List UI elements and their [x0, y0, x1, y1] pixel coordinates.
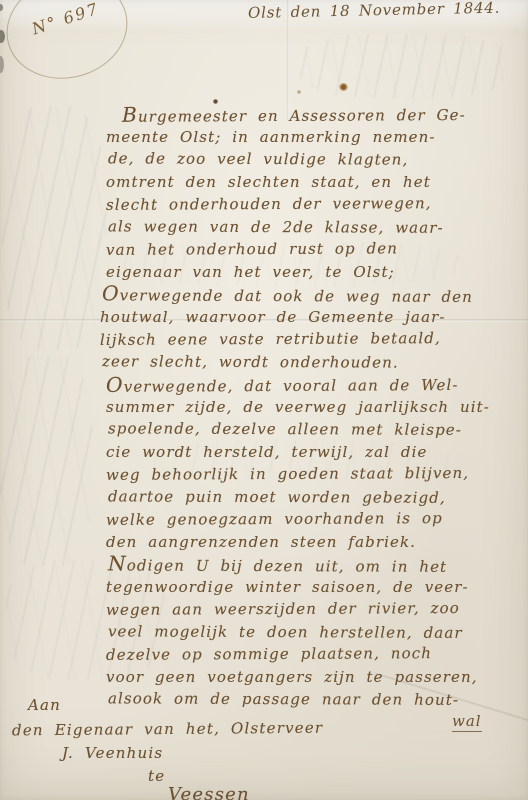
registration-number: N° 697: [29, 0, 101, 38]
body-line: lijksch eene vaste retributie betaald,: [0, 327, 528, 352]
body-line: Burgemeester en Assessoren der Ge-: [0, 102, 528, 127]
ink-stain: [297, 90, 301, 94]
scan-edge-mark: [0, 56, 4, 73]
body-line: eigenaar van het veer, te Olst;: [0, 261, 528, 284]
scan-edge-mark: [0, 30, 5, 43]
body-line: Overwegende dat ook de weg naar den: [2, 282, 528, 307]
body-line: spoelende, dezelve alleen met kleispe-: [2, 417, 528, 442]
body-line: weg behoorlijk in goeden staat blijven,: [0, 462, 528, 487]
address-recipient: den Eigenaar van het, Olsterveer: [12, 719, 323, 740]
body-line: meente Olst; in aanmerking nemen-: [0, 126, 528, 149]
body-line: voor geen voetgangers zijn te passeren,: [0, 666, 528, 689]
body-line: slecht onderhouden der veerwegen,: [0, 192, 528, 217]
body-line: als wegen van de 2de klasse, waar-: [2, 214, 528, 239]
body-line: tegenwoordige winter saisoen, de veer-: [0, 576, 528, 599]
body-line: wegen aan weerszijden der rivier, zoo: [0, 597, 528, 622]
letter-body: Burgemeester en Assessoren der Ge-meente…: [0, 103, 528, 711]
body-line: omtrent den slechten staat, en het: [0, 171, 528, 194]
address-salutation: Aan: [28, 696, 61, 714]
body-line: alsook om de passage naar den hout-: [2, 687, 528, 712]
body-line: dezelve op sommige plaatsen, noch: [0, 642, 528, 667]
body-line: veel mogelijk te doen herstellen, daar: [2, 619, 528, 644]
body-line: van het onderhoud rust op den: [0, 237, 528, 262]
body-line: houtwal, waarvoor de Gemeente jaar-: [0, 306, 528, 329]
body-line: cie wordt hersteld, terwijl, zal die: [0, 441, 528, 464]
address-te: te: [148, 767, 165, 785]
catchword-wal: wal: [452, 712, 482, 732]
body-line: Overwegende, dat vooral aan de Wel-: [0, 372, 528, 397]
address-place: Veessen: [168, 784, 250, 800]
ink-stain: [339, 83, 348, 91]
body-line: de, de zoo veel vuldige klagten,: [2, 147, 528, 172]
body-line: Nodigen U bij dezen uit, om in het: [2, 552, 528, 577]
show-through-ghost-writing: [300, 34, 510, 98]
body-line: zeer slecht, wordt onderhouden.: [2, 349, 528, 374]
body-line: summer zijde, de veerweg jaarlijksch uit…: [0, 396, 528, 419]
body-line: welke genoegzaam voorhanden is op: [0, 507, 528, 532]
body-line: den aangrenzenden steen fabriek.: [0, 531, 528, 554]
body-line: daartoe puin moet worden gebezigd,: [2, 484, 528, 509]
letter-scan: N° 697 Olst den 18 November 1844. Burgem…: [0, 0, 528, 800]
address-name: J. Veenhuis: [62, 744, 163, 762]
registration-number-oval: N° 697: [0, 0, 138, 91]
